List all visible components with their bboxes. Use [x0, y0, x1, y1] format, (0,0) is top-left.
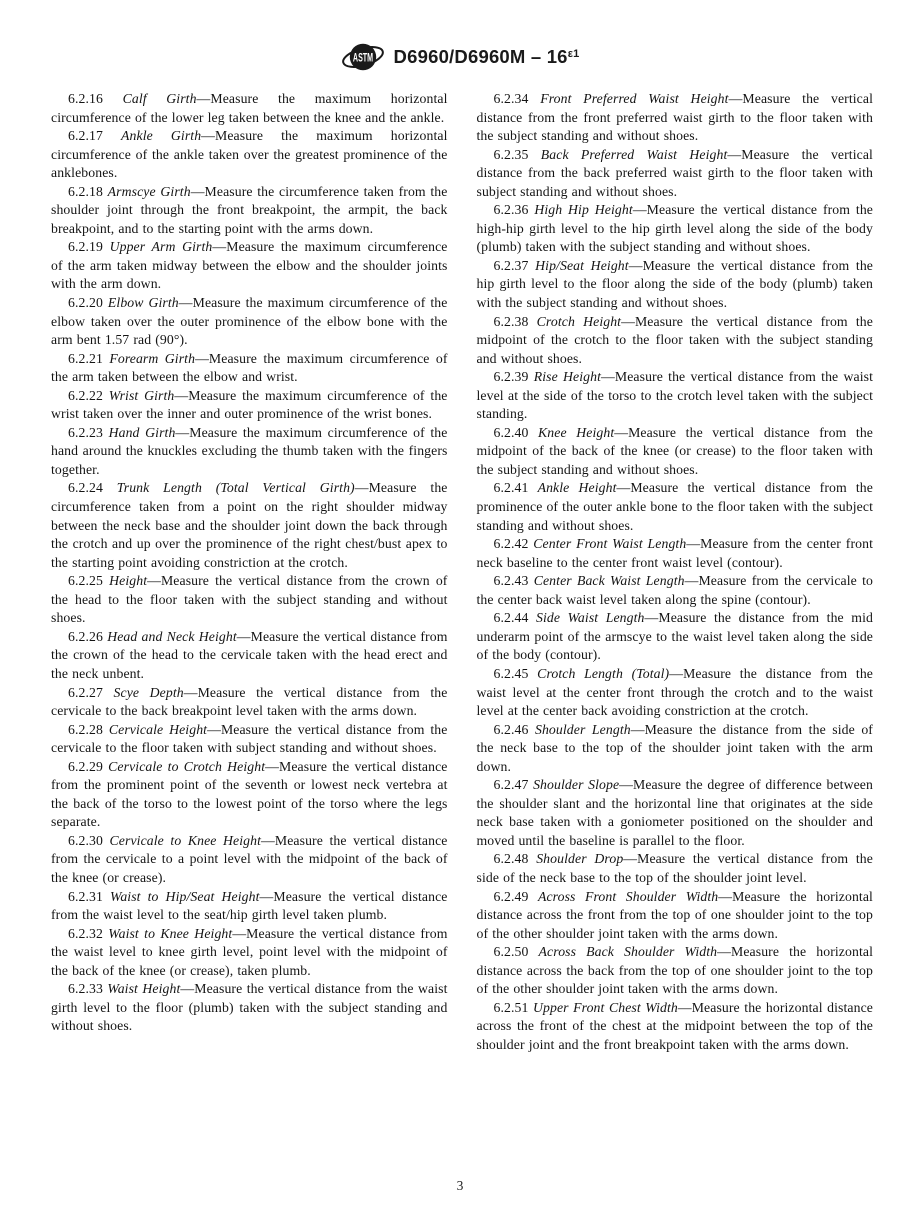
definition-term: Crotch Height — [537, 314, 621, 329]
definition-number: 6.2.24 — [68, 480, 103, 495]
definition-item: 6.2.19 Upper Arm Girth—Measure the maxim… — [51, 238, 448, 294]
definition-item: 6.2.46 Shoulder Length—Measure the dista… — [477, 721, 874, 777]
definition-term: Waist Height — [107, 981, 180, 996]
definition-item: 6.2.21 Forearm Girth—Measure the maximum… — [51, 350, 448, 387]
definition-item: 6.2.39 Rise Height—Measure the vertical … — [477, 368, 874, 424]
definition-term: Cervicale Height — [109, 722, 207, 737]
definition-term: Front Preferred Waist Height — [540, 91, 728, 106]
definition-number: 6.2.45 — [494, 666, 529, 681]
definition-item: 6.2.20 Elbow Girth—Measure the maximum c… — [51, 294, 448, 350]
definition-number: 6.2.42 — [494, 536, 529, 551]
definition-item: 6.2.32 Waist to Knee Height—Measure the … — [51, 925, 448, 981]
definition-number: 6.2.34 — [494, 91, 529, 106]
definition-term: Waist to Knee Height — [108, 926, 232, 941]
definition-item: 6.2.31 Waist to Hip/Seat Height—Measure … — [51, 888, 448, 925]
document-page: ASTM D6960/D6960M – 16ε1 6.2.16 Calf Gir… — [0, 0, 920, 1232]
document-footer: 3 — [0, 1178, 920, 1194]
definition-number: 6.2.38 — [494, 314, 529, 329]
definition-term: High Hip Height — [534, 202, 633, 217]
definition-body: —Measure the vertical distance from the … — [51, 685, 447, 719]
definition-body: —Measure the vertical distance from the … — [477, 480, 874, 532]
definition-term: Scye Depth — [114, 685, 184, 700]
definition-number: 6.2.23 — [68, 425, 103, 440]
definition-term: Shoulder Drop — [536, 851, 623, 866]
definition-term: Ankle Height — [538, 480, 617, 495]
definition-item: 6.2.27 Scye Depth—Measure the vertical d… — [51, 684, 448, 721]
definition-body: —Measure the maximum horizontal circumfe… — [51, 91, 448, 125]
definition-number: 6.2.25 — [68, 573, 103, 588]
definition-term: Armscye Girth — [108, 184, 191, 199]
definition-body: —Measure the maximum horizontal circumfe… — [51, 128, 448, 180]
definition-number: 6.2.35 — [494, 147, 529, 162]
definition-term: Wrist Girth — [109, 388, 175, 403]
definition-number: 6.2.36 — [494, 202, 529, 217]
definition-number: 6.2.50 — [494, 944, 529, 959]
definition-term: Knee Height — [538, 425, 614, 440]
definition-number: 6.2.46 — [494, 722, 529, 737]
definition-term: Across Back Shoulder Width — [539, 944, 718, 959]
definition-number: 6.2.51 — [494, 1000, 529, 1015]
definition-number: 6.2.43 — [494, 573, 529, 588]
definition-item: 6.2.47 Shoulder Slope—Measure the degree… — [477, 776, 874, 850]
definition-item: 6.2.28 Cervicale Height—Measure the vert… — [51, 721, 448, 758]
definition-item: 6.2.37 Hip/Seat Height—Measure the verti… — [477, 257, 874, 313]
definition-item: 6.2.49 Across Front Shoulder Width—Measu… — [477, 888, 874, 944]
definition-number: 6.2.28 — [68, 722, 103, 737]
definition-item: 6.2.45 Crotch Length (Total)—Measure the… — [477, 665, 874, 721]
definition-term: Hand Girth — [109, 425, 176, 440]
definition-term: Center Front Waist Length — [533, 536, 686, 551]
definition-term: Center Back Waist Length — [534, 573, 685, 588]
definition-item: 6.2.51 Upper Front Chest Width—Measure t… — [477, 999, 874, 1055]
definition-item: 6.2.24 Trunk Length (Total Vertical Girt… — [51, 479, 448, 572]
definition-item: 6.2.17 Ankle Girth—Measure the maximum h… — [51, 127, 448, 183]
document-title-superscript: ε1 — [568, 48, 580, 60]
definition-item: 6.2.23 Hand Girth—Measure the maximum ci… — [51, 424, 448, 480]
definition-term: Cervicale to Crotch Height — [108, 759, 265, 774]
definition-number: 6.2.33 — [68, 981, 103, 996]
definition-term: Trunk Length (Total Vertical Girth) — [117, 480, 355, 495]
definition-item: 6.2.18 Armscye Girth—Measure the circumf… — [51, 183, 448, 239]
definition-number: 6.2.20 — [68, 295, 103, 310]
definition-item: 6.2.16 Calf Girth—Measure the maximum ho… — [51, 90, 448, 127]
svg-text:ASTM: ASTM — [352, 52, 372, 65]
definition-term: Rise Height — [534, 369, 601, 384]
definition-number: 6.2.47 — [494, 777, 529, 792]
definition-number: 6.2.22 — [68, 388, 103, 403]
definition-term: Hip/Seat Height — [535, 258, 629, 273]
definition-term: Shoulder Slope — [533, 777, 619, 792]
definition-item: 6.2.22 Wrist Girth—Measure the maximum c… — [51, 387, 448, 424]
definition-number: 6.2.41 — [494, 480, 529, 495]
column-right: 6.2.34 Front Preferred Waist Height—Meas… — [477, 90, 874, 1054]
definition-item: 6.2.30 Cervicale to Knee Height—Measure … — [51, 832, 448, 888]
definition-number: 6.2.30 — [68, 833, 103, 848]
definition-term: Height — [109, 573, 147, 588]
definition-number: 6.2.18 — [68, 184, 103, 199]
page-number: 3 — [457, 1178, 464, 1193]
definition-number: 6.2.27 — [68, 685, 103, 700]
definition-number: 6.2.19 — [68, 239, 103, 254]
definition-body: —Measure the vertical distance from the … — [477, 425, 874, 477]
document-title: D6960/D6960M – 16ε1 — [394, 46, 580, 68]
definition-item: 6.2.26 Head and Neck Height—Measure the … — [51, 628, 448, 684]
definition-item: 6.2.35 Back Preferred Waist Height—Measu… — [477, 146, 874, 202]
definition-term: Across Front Shoulder Width — [538, 889, 718, 904]
definition-term: Elbow Girth — [108, 295, 179, 310]
definition-number: 6.2.49 — [494, 889, 529, 904]
definition-term: Waist to Hip/Seat Height — [110, 889, 260, 904]
document-body: 6.2.16 Calf Girth—Measure the maximum ho… — [51, 90, 873, 1054]
document-header: ASTM D6960/D6960M – 16ε1 — [0, 38, 920, 76]
definition-item: 6.2.48 Shoulder Drop—Measure the vertica… — [477, 850, 874, 887]
definition-item: 6.2.42 Center Front Waist Length—Measure… — [477, 535, 874, 572]
definition-item: 6.2.29 Cervicale to Crotch Height—Measur… — [51, 758, 448, 832]
definition-item: 6.2.36 High Hip Height—Measure the verti… — [477, 201, 874, 257]
definition-number: 6.2.29 — [68, 759, 103, 774]
definition-term: Side Waist Length — [536, 610, 645, 625]
definition-number: 6.2.44 — [494, 610, 529, 625]
definition-number: 6.2.48 — [494, 851, 529, 866]
definition-term: Forearm Girth — [109, 351, 195, 366]
definition-term: Shoulder Length — [535, 722, 631, 737]
definition-term: Upper Front Chest Width — [533, 1000, 678, 1015]
definition-term: Cervicale to Knee Height — [110, 833, 262, 848]
definition-term: Crotch Length (Total) — [537, 666, 669, 681]
definition-number: 6.2.37 — [494, 258, 529, 273]
definition-number: 6.2.26 — [68, 629, 103, 644]
definition-item: 6.2.44 Side Waist Length—Measure the dis… — [477, 609, 874, 665]
definition-item: 6.2.41 Ankle Height—Measure the vertical… — [477, 479, 874, 535]
definition-term: Calf Girth — [123, 91, 197, 106]
definition-item: 6.2.50 Across Back Shoulder Width—Measur… — [477, 943, 874, 999]
definition-item: 6.2.25 Height—Measure the vertical dista… — [51, 572, 448, 628]
definition-term: Back Preferred Waist Height — [541, 147, 728, 162]
definition-number: 6.2.31 — [68, 889, 103, 904]
definition-term: Upper Arm Girth — [110, 239, 213, 254]
definition-term: Head and Neck Height — [107, 629, 237, 644]
definition-item: 6.2.34 Front Preferred Waist Height—Meas… — [477, 90, 874, 146]
definition-item: 6.2.43 Center Back Waist Length—Measure … — [477, 572, 874, 609]
definition-number: 6.2.32 — [68, 926, 103, 941]
definition-number: 6.2.39 — [494, 369, 529, 384]
document-designation: D6960/D6960M – 16 — [394, 46, 568, 67]
definition-item: 6.2.33 Waist Height—Measure the vertical… — [51, 980, 448, 1036]
definition-item: 6.2.38 Crotch Height—Measure the vertica… — [477, 313, 874, 369]
definition-number: 6.2.16 — [68, 91, 103, 106]
astm-logo-icon: ASTM — [341, 38, 385, 76]
definition-number: 6.2.40 — [494, 425, 529, 440]
definition-number: 6.2.17 — [68, 128, 103, 143]
definition-number: 6.2.21 — [68, 351, 103, 366]
definition-item: 6.2.40 Knee Height—Measure the vertical … — [477, 424, 874, 480]
column-left: 6.2.16 Calf Girth—Measure the maximum ho… — [51, 90, 448, 1054]
definition-body: —Measure the distance from the waist lev… — [477, 666, 874, 718]
definition-term: Ankle Girth — [121, 128, 201, 143]
